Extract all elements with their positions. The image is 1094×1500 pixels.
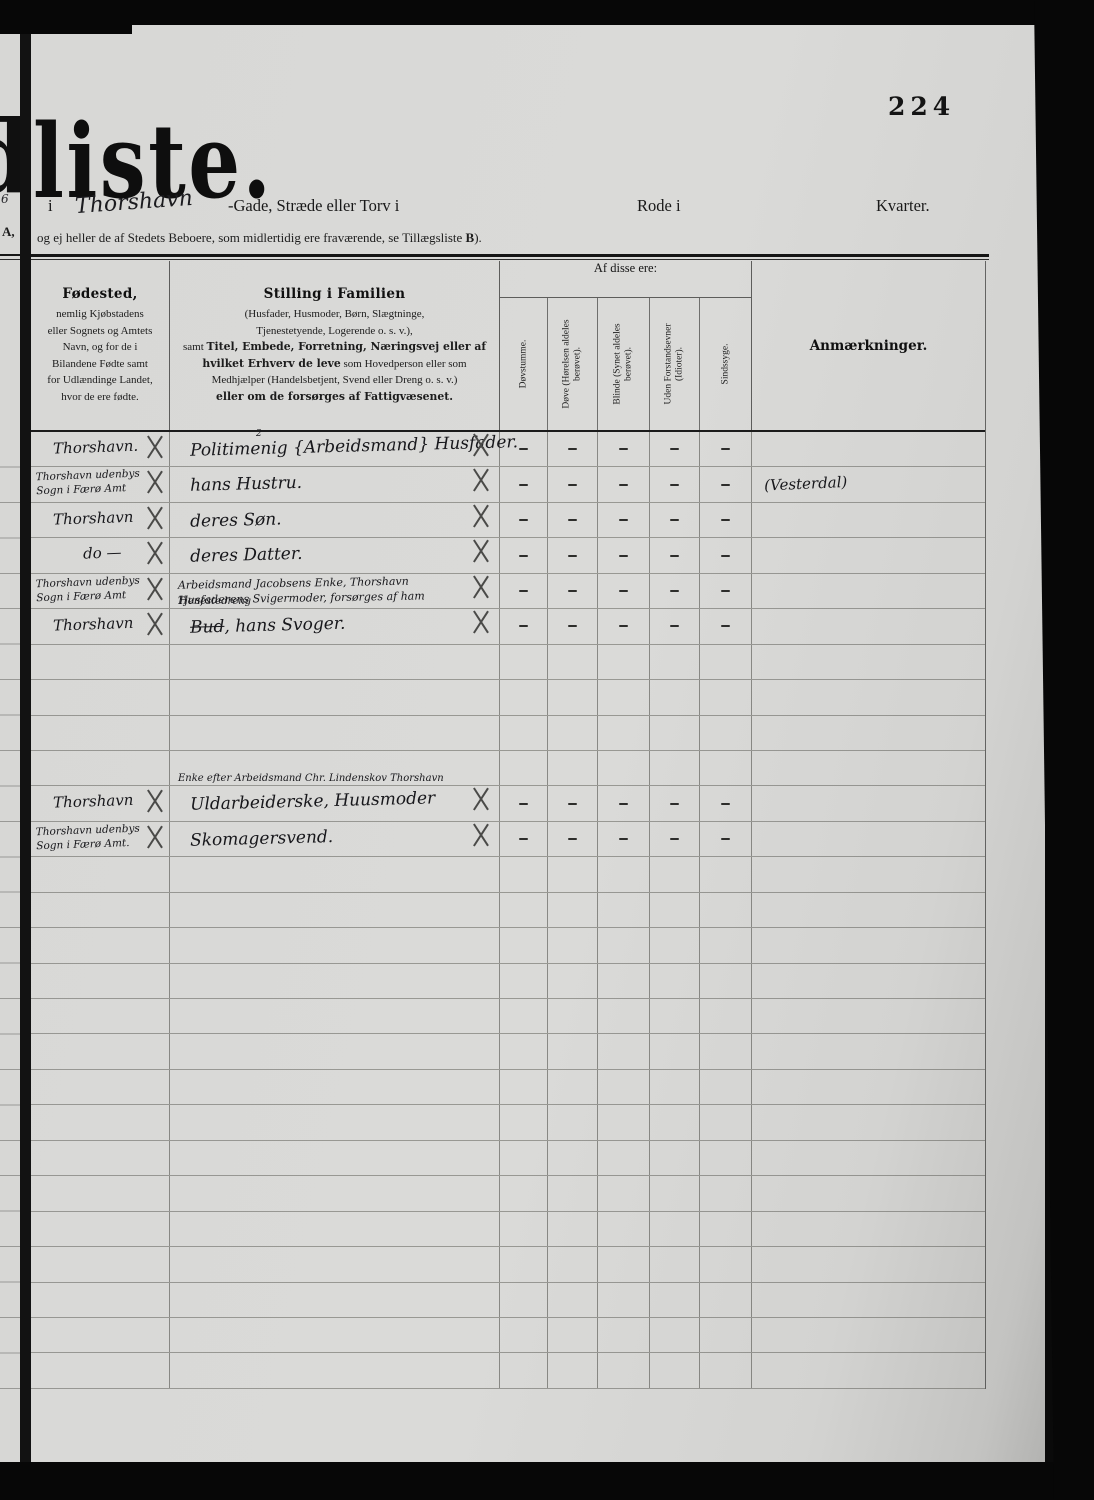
af-disse-column-label: Døvstumme. [518, 300, 529, 428]
dash-mark [519, 448, 528, 450]
stilling-subtitle-segment: eller om de forsørges af Fattigvæsenet. [216, 390, 453, 403]
x-mark [473, 610, 489, 634]
cell-mark [548, 822, 598, 856]
cell-mark [598, 786, 650, 820]
x-mark [473, 575, 489, 599]
cell-anmaerkning [752, 609, 985, 643]
stilling-entry: Bud, hans Svoger. [170, 605, 500, 639]
cell-mark [548, 1070, 598, 1104]
af-disse-column: Døve (Hørelsen aldelesberøvet). [548, 298, 598, 430]
address-line: i Thorshavn -Gade, Stræde eller Torv i R… [31, 194, 1045, 224]
cell-mark [700, 1247, 752, 1281]
cell-mark [500, 645, 548, 679]
cell-mark [650, 1318, 700, 1352]
dash-mark [670, 484, 679, 486]
af-disse-column-label: Sindssyge. [720, 300, 731, 428]
scan-border-top [0, 0, 1094, 25]
cell-mark [650, 928, 700, 962]
cell-fodested [31, 1318, 170, 1352]
dash-mark [568, 590, 577, 592]
stilling-superscript: 2 [256, 429, 262, 439]
cell-stilling [170, 1283, 500, 1317]
cell-mark [650, 751, 700, 785]
cell-mark [598, 999, 650, 1033]
cell-mark [650, 857, 700, 891]
cell-mark [700, 1353, 752, 1387]
stilling-subtitle-segment: samt [183, 341, 207, 353]
cell-mark [598, 822, 650, 856]
cell-mark [548, 928, 598, 962]
cell-mark [548, 538, 598, 572]
stilling-subtitle-segment: som Hovedperson eller som [341, 358, 467, 370]
previous-page-strip: d 6 A, [0, 24, 20, 1462]
table-body: Thorshavn.2Politimenig {Arbeidsmand} Hus… [31, 432, 985, 1389]
cell-mark [500, 1247, 548, 1281]
cell-stilling [170, 716, 500, 750]
cell-mark [598, 467, 650, 501]
cell-stilling: Skomagersvend. [170, 822, 500, 856]
divider-rule [31, 259, 989, 260]
cell-fodested [31, 893, 170, 927]
af-disse-label: Af disse ere: [500, 261, 751, 298]
cell-stilling: TjenestedrengBud, hans Svoger. [170, 609, 500, 643]
table-row: ThorshavnEnke efter Arbeidsmand Chr. Lin… [31, 786, 985, 821]
cell-mark [500, 1176, 548, 1210]
cell-fodested [31, 680, 170, 714]
table-row [31, 893, 985, 928]
stilling-subtitle-line: eller om de forsørges af Fattigvæsenet. [183, 389, 486, 406]
cell-mark [650, 1247, 700, 1281]
cell-mark [700, 1105, 752, 1139]
dash-mark [619, 625, 628, 627]
cell-mark [650, 716, 700, 750]
anmaerkninger-title: Anmærkninger. [810, 338, 928, 354]
header-af-disse-group: Af disse ere: Døvstumme.Døve (Hørelsen a… [500, 261, 752, 430]
rot-line: Blinde (Synet aldeles [612, 300, 623, 428]
cell-fodested [31, 1247, 170, 1281]
cell-mark [500, 786, 548, 820]
table-row: Thorshavn udenbysSogn i Færø Amthans Hus… [31, 467, 985, 502]
x-mark [473, 823, 489, 847]
cell-anmaerkning [752, 645, 985, 679]
dash-mark [619, 448, 628, 450]
fodested-subtitle: nemlig Kjøbstadenseller Sognets og Amtet… [47, 306, 152, 405]
cell-mark [500, 964, 548, 998]
cell-mark [700, 999, 752, 1033]
cell-mark [700, 928, 752, 962]
cell-mark [700, 822, 752, 856]
rot-line: Døvstumme. [518, 300, 529, 428]
i-label: i [48, 196, 53, 216]
x-mark [473, 787, 489, 811]
x-mark [147, 435, 163, 459]
table-row [31, 857, 985, 892]
header-fodested: Fødested, nemlig Kjøbstadenseller Sognet… [31, 261, 170, 430]
cell-mark [548, 1034, 598, 1068]
dash-mark [670, 625, 679, 627]
table-row [31, 928, 985, 963]
cell-mark [700, 1070, 752, 1104]
stilling-subtitle-segment: hvilket Erhverv de leve [202, 357, 340, 370]
fodested-subtitle-line: Bilandene Fødte samt [47, 356, 152, 373]
cell-mark [500, 893, 548, 927]
fodested-subtitle-line: Navn, og for de i [47, 339, 152, 356]
cell-stilling [170, 999, 500, 1033]
cell-anmaerkning [752, 786, 985, 820]
cell-mark [650, 893, 700, 927]
hw-line: hans Hustru. [190, 473, 302, 496]
cell-anmaerkning [752, 503, 985, 537]
cell-mark [500, 928, 548, 962]
table-row [31, 680, 985, 715]
cell-mark [700, 467, 752, 501]
dash-mark [670, 519, 679, 521]
cell-mark [650, 467, 700, 501]
hw-line: , hans Svoger. [224, 614, 346, 637]
cell-mark [598, 1105, 650, 1139]
stilling-subtitle-segment: Titel, Embede, Forretning, Næringsvej el… [207, 340, 487, 353]
table-row [31, 999, 985, 1034]
table-row [31, 1318, 985, 1353]
cell-mark [598, 609, 650, 643]
cell-fodested [31, 1353, 170, 1387]
cell-mark [700, 645, 752, 679]
cell-mark [548, 964, 598, 998]
stilling-entry: Uldarbeiderske, Huusmoder [170, 782, 500, 816]
cell-stilling [170, 1176, 500, 1210]
cell-mark [500, 503, 548, 537]
stilling-subtitle-line: hvilket Erhverv de leve som Hovedperson … [183, 356, 486, 373]
stilling-subtitle-line: samt Titel, Embede, Forretning, Næringsv… [183, 339, 486, 356]
rot-line: Sindssyge. [720, 300, 731, 428]
note-bold-b: B [466, 230, 475, 245]
af-disse-column-label: Døve (Hørelsen aldelesberøvet). [561, 300, 584, 428]
table-row [31, 1176, 985, 1211]
cell-mark [548, 1176, 598, 1210]
cell-mark [500, 1212, 548, 1246]
cell-mark [548, 786, 598, 820]
af-disse-column: Sindssyge. [700, 298, 752, 430]
fodested-subtitle-line: hvor de ere fødte. [47, 389, 152, 406]
table-row [31, 1283, 985, 1318]
cell-fodested [31, 1105, 170, 1139]
fodested-title: Fødested, [62, 286, 137, 302]
cell-mark [650, 1283, 700, 1317]
cell-anmaerkning [752, 893, 985, 927]
cell-mark [500, 857, 548, 891]
cell-mark [598, 928, 650, 962]
table-row: Thorshavn udenbysSogn i Færø AmtArbeidsm… [31, 574, 985, 609]
cell-mark [598, 1034, 650, 1068]
cell-mark [598, 503, 650, 537]
cell-mark [650, 1034, 700, 1068]
af-disse-column: Døvstumme. [500, 298, 548, 430]
cell-mark [500, 751, 548, 785]
cell-mark [650, 1176, 700, 1210]
rule-fragment [0, 254, 20, 256]
cell-mark [500, 1105, 548, 1139]
cell-mark [548, 1105, 598, 1139]
census-page: 224 liste. i Thorshavn -Gade, Stræde ell… [31, 24, 1045, 1462]
dash-mark [619, 838, 628, 840]
cell-mark [650, 645, 700, 679]
table-row: Thorshavn.2Politimenig {Arbeidsmand} Hus… [31, 432, 985, 467]
cell-stilling: deres Søn. [170, 503, 500, 537]
cell-mark [548, 1283, 598, 1317]
cell-stilling [170, 1105, 500, 1139]
cell-mark [548, 503, 598, 537]
dash-mark [670, 838, 679, 840]
table-row [31, 1353, 985, 1388]
cell-anmaerkning [752, 1141, 985, 1175]
table-row [31, 1247, 985, 1282]
stilling-superscript: Tjenestedreng [178, 596, 251, 607]
dash-mark [670, 803, 679, 805]
cell-mark [700, 1212, 752, 1246]
handwriting-fragment: 6 [1, 192, 9, 206]
fodested-subtitle-line: eller Sognets og Amtets [47, 323, 152, 340]
cell-fodested [31, 716, 170, 750]
x-mark [147, 541, 163, 565]
cell-mark [598, 1247, 650, 1281]
table-row [31, 1141, 985, 1176]
cell-mark [700, 680, 752, 714]
cell-stilling [170, 857, 500, 891]
stilling-entry: hans Hustru. [170, 463, 500, 497]
rot-line: berøvet). [624, 300, 635, 428]
dash-mark [670, 448, 679, 450]
cell-mark [598, 716, 650, 750]
cell-mark [500, 999, 548, 1033]
cell-fodested: do — [31, 538, 170, 572]
af-disse-column: Uden Forstandsevner(Idioter). [650, 298, 700, 430]
cell-fodested [31, 1283, 170, 1317]
dash-mark [721, 590, 730, 592]
cell-stilling [170, 928, 500, 962]
stilling-subtitle-line: (Husfader, Husmoder, Børn, Slægtninge, [183, 306, 486, 323]
af-disse-column-label: Blinde (Synet aldelesberøvet). [612, 300, 635, 428]
cell-mark [500, 609, 548, 643]
table-row [31, 1034, 985, 1069]
x-mark [147, 789, 163, 813]
hw-line: Uldarbeiderske, Huusmoder [190, 789, 436, 815]
cell-mark [650, 538, 700, 572]
dash-mark [568, 519, 577, 521]
cell-mark [650, 574, 700, 608]
cell-mark [548, 574, 598, 608]
cell-mark [650, 1105, 700, 1139]
stilling-entry: Politimenig {Arbeidsmand} Husfader. [170, 428, 500, 462]
cell-mark [500, 1283, 548, 1317]
cell-stilling [170, 1141, 500, 1175]
rode-label: Rode i [637, 196, 681, 216]
cell-mark [650, 1141, 700, 1175]
x-mark [473, 468, 489, 492]
cell-mark [598, 964, 650, 998]
cell-anmaerkning [752, 822, 985, 856]
cell-fodested [31, 928, 170, 962]
table-header: Fødested, nemlig Kjøbstadenseller Sognet… [31, 261, 985, 432]
cell-anmaerkning [752, 857, 985, 891]
cell-mark [548, 716, 598, 750]
stilling-entry: Skomagersvend. [170, 818, 500, 852]
stilling-subtitle: (Husfader, Husmoder, Børn, Slægtninge,Tj… [183, 306, 486, 405]
x-mark [147, 577, 163, 601]
cell-fodested: Thorshavn [31, 786, 170, 820]
cell-stilling [170, 1247, 500, 1281]
x-mark [473, 539, 489, 563]
cell-stilling [170, 1034, 500, 1068]
dash-mark [568, 555, 577, 557]
dash-mark [568, 625, 577, 627]
cell-mark [650, 786, 700, 820]
census-table: Fødested, nemlig Kjøbstadenseller Sognet… [31, 261, 986, 1389]
anmaerkning-entry: (Vesterdal) [752, 462, 986, 495]
dash-mark [619, 590, 628, 592]
cell-fodested: Thorshavn [31, 503, 170, 537]
cell-anmaerkning: (Vesterdal) [752, 467, 985, 501]
cell-mark [650, 609, 700, 643]
scanned-census-sheet: d 6 A, 224 liste. i Thorshavn -Gade, Str… [0, 0, 1094, 1500]
label-fragment-a: A, [2, 224, 15, 240]
stilling-subtitle-segment: Tjenestetyende, Logerende o. s. v.), [256, 325, 413, 337]
cell-anmaerkning [752, 538, 985, 572]
cell-anmaerkning [752, 928, 985, 962]
cell-mark [598, 645, 650, 679]
cell-mark [650, 999, 700, 1033]
dash-mark [619, 555, 628, 557]
cell-mark [700, 1034, 752, 1068]
cell-mark [548, 1353, 598, 1387]
x-mark [147, 612, 163, 636]
table-row [31, 1070, 985, 1105]
cell-stilling: hans Hustru. [170, 467, 500, 501]
scan-border-top [0, 0, 132, 34]
header-stilling: Stilling i Familien (Husfader, Husmoder,… [170, 261, 500, 430]
cell-anmaerkning [752, 574, 985, 608]
cell-mark [598, 857, 650, 891]
cell-mark [548, 999, 598, 1033]
cell-mark [500, 538, 548, 572]
dash-mark [519, 590, 528, 592]
cell-anmaerkning [752, 716, 985, 750]
cell-mark [700, 857, 752, 891]
cell-mark [500, 1353, 548, 1387]
cell-stilling [170, 1353, 500, 1387]
table-row [31, 645, 985, 680]
stilling-entry: deres Søn. [170, 499, 500, 533]
hw-line: Politimenig {Arbeidsmand} Husfader. [190, 432, 518, 461]
cell-mark [598, 1283, 650, 1317]
af-disse-columns: Døvstumme.Døve (Hørelsen aldelesberøvet)… [500, 298, 751, 430]
cell-anmaerkning [752, 1247, 985, 1281]
rot-line: berøvet). [573, 300, 584, 428]
dash-mark [670, 590, 679, 592]
cell-fodested: Thorshavn udenbysSogn i Færø Amt. [31, 822, 170, 856]
dash-mark [721, 484, 730, 486]
cell-mark [598, 1318, 650, 1352]
dash-mark [721, 838, 730, 840]
dash-mark [519, 519, 528, 521]
rule-fragment [0, 259, 20, 260]
divider-rule [31, 254, 989, 257]
table-row: Thorshavnderes Søn. [31, 503, 985, 538]
x-mark [147, 506, 163, 530]
hw-line: deres Søn. [190, 509, 282, 531]
x-mark [147, 470, 163, 494]
cell-mark [700, 538, 752, 572]
cell-mark [650, 1212, 700, 1246]
af-disse-column-label: Uden Forstandsevner(Idioter). [663, 300, 686, 428]
cell-mark [548, 645, 598, 679]
cell-fodested [31, 1212, 170, 1246]
note-text: og ej heller de af Stedets Beboere, som … [37, 230, 466, 245]
cell-fodested [31, 751, 170, 785]
cell-mark [500, 467, 548, 501]
dash-mark [619, 519, 628, 521]
rot-line: Døve (Hørelsen aldeles [561, 300, 572, 428]
cell-anmaerkning [752, 1105, 985, 1139]
cell-mark [548, 609, 598, 643]
cell-mark [548, 751, 598, 785]
stilling-subtitle-line: Medhjælper (Handelsbetjent, Svend eller … [183, 372, 486, 389]
rot-line: (Idioter). [675, 300, 686, 428]
cell-mark [548, 1247, 598, 1281]
cell-mark [650, 680, 700, 714]
stilling-title: Stilling i Familien [264, 286, 406, 302]
struck-word: Bud [190, 617, 225, 638]
cell-mark [500, 1141, 548, 1175]
dash-mark [568, 484, 577, 486]
cell-mark [500, 1318, 548, 1352]
cell-mark [700, 893, 752, 927]
gade-label: -Gade, Stræde eller Torv i [228, 196, 399, 216]
dash-mark [619, 484, 628, 486]
cell-fodested [31, 999, 170, 1033]
cell-mark [700, 786, 752, 820]
cell-mark [598, 1353, 650, 1387]
cell-mark [700, 1318, 752, 1352]
table-row [31, 964, 985, 999]
dash-mark [721, 448, 730, 450]
fodested-subtitle-line: for Udlændinge Landet, [47, 372, 152, 389]
cell-stilling [170, 964, 500, 998]
cell-mark [700, 964, 752, 998]
cell-stilling [170, 1212, 500, 1246]
cell-mark [700, 432, 752, 466]
cell-stilling: Enke efter Arbeidsmand Chr. Lindenskov T… [170, 786, 500, 820]
cell-mark [598, 574, 650, 608]
x-mark [147, 825, 163, 849]
cell-stilling: deres Datter. [170, 538, 500, 572]
hw-line: Skomagersvend. [190, 827, 334, 851]
cell-anmaerkning [752, 680, 985, 714]
cell-fodested: Thorshavn [31, 609, 170, 643]
cell-fodested [31, 857, 170, 891]
cell-mark [548, 1141, 598, 1175]
cell-mark [500, 1034, 548, 1068]
cell-fodested [31, 1141, 170, 1175]
kvarter-label: Kvarter. [876, 196, 930, 216]
cell-anmaerkning [752, 1070, 985, 1104]
dash-mark [721, 555, 730, 557]
cell-mark [700, 1141, 752, 1175]
cell-mark [598, 1141, 650, 1175]
x-mark [473, 433, 489, 457]
cell-stilling [170, 645, 500, 679]
af-disse-column: Blinde (Synet aldelesberøvet). [598, 298, 650, 430]
dash-mark [670, 555, 679, 557]
